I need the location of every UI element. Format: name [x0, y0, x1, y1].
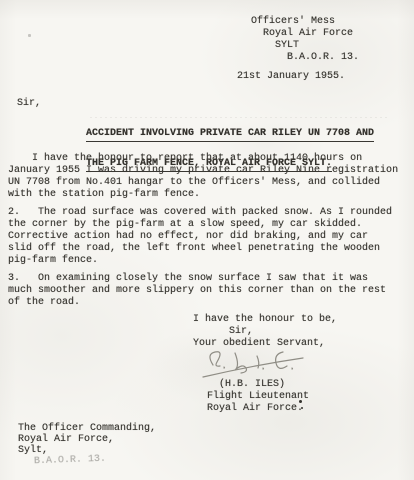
- letter-date: 21st January 1955.: [237, 71, 345, 83]
- subject-line-1: ACCIDENT INVOLVING PRIVATE CAR RILEY UN …: [86, 128, 374, 142]
- letter-page: Officers' Mess Royal Air Force SYLT B.A.…: [0, 0, 414, 480]
- salutation: Sir,: [17, 98, 41, 110]
- paragraph-2: 2. The road surface was covered with pac…: [8, 207, 410, 267]
- sender-address: Officers' Mess Royal Air Force SYLT B.A.…: [251, 16, 359, 64]
- paragraph-1: I have the honour to report that at abou…: [8, 153, 410, 201]
- ink-speck: [299, 400, 302, 403]
- paragraph-3: 3. On examining closely the snow surface…: [8, 273, 410, 309]
- recipient-address: The Officer Commanding, Royal Air Force,…: [18, 423, 156, 456]
- ink-speck: [301, 407, 303, 409]
- handwritten-signature-scribble: [197, 345, 315, 383]
- signatory-block: (H.B. ILES) Flight Lieutenant Royal Air …: [207, 379, 309, 415]
- recipient-baor-faded-line: B.A.O.R. 13.: [34, 454, 106, 469]
- ink-speck: [28, 34, 31, 37]
